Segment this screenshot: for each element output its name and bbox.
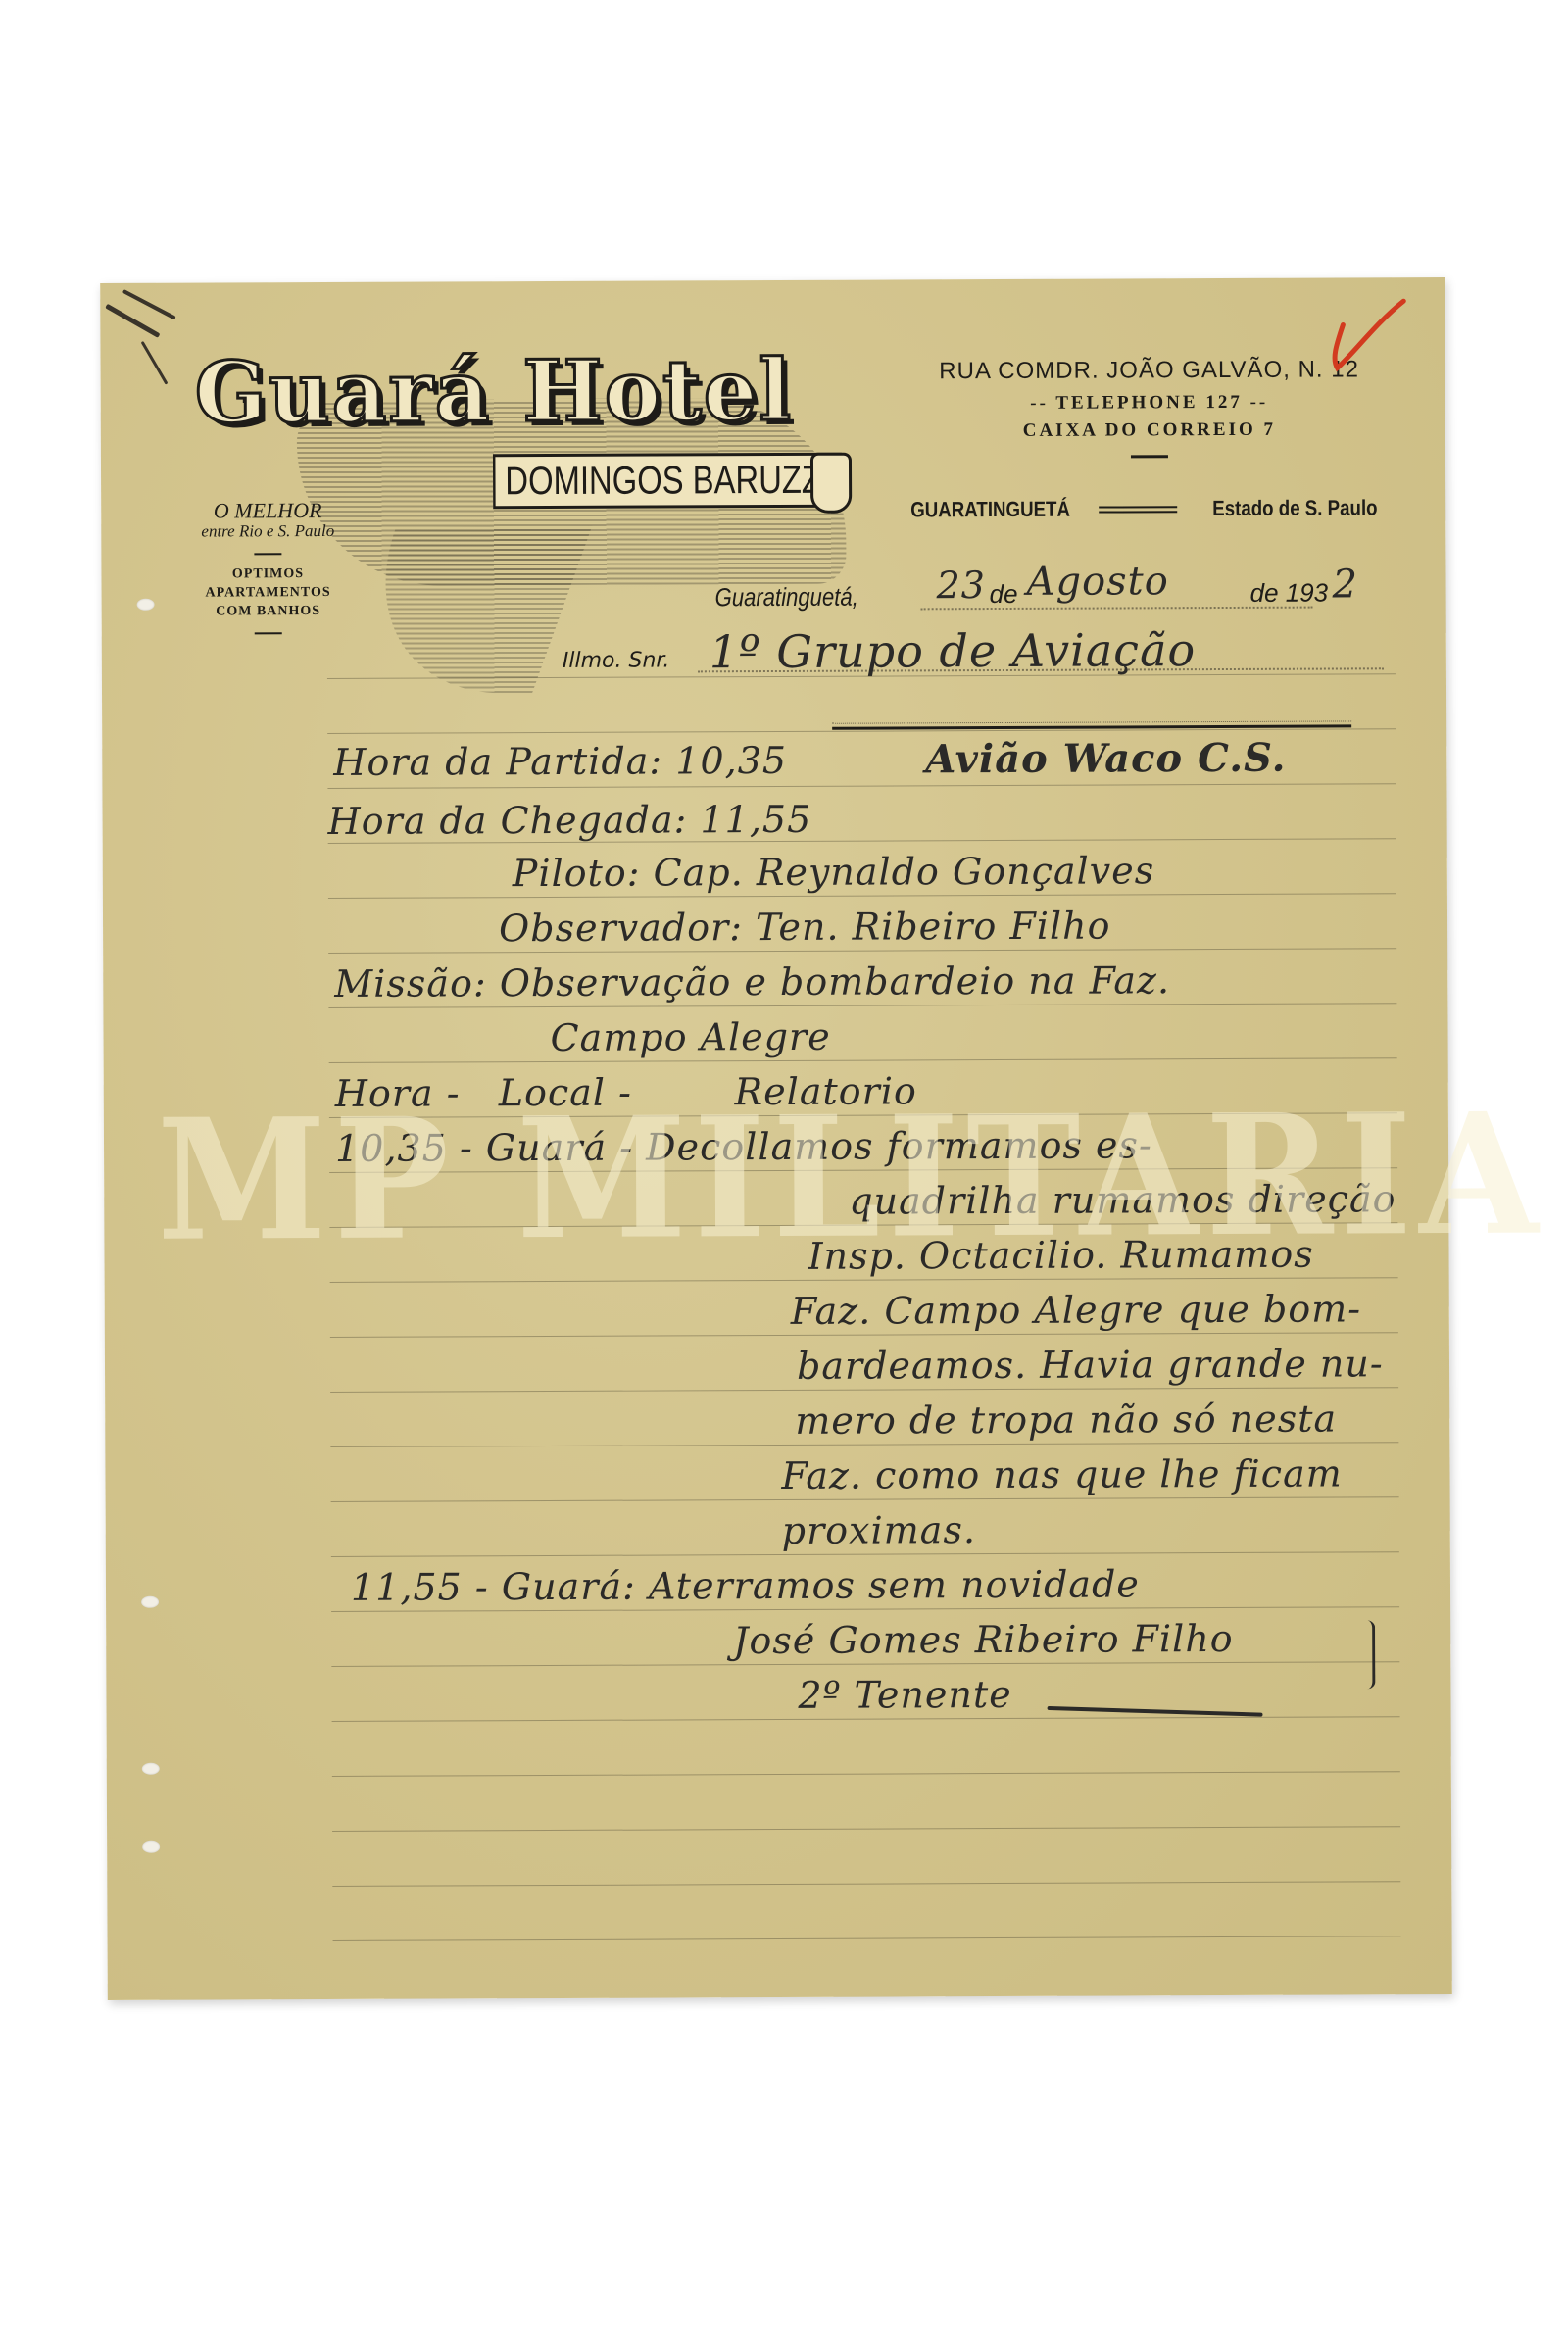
telephone: -- TELEPHONE 127 -- [885,391,1414,415]
double-rule [1099,506,1177,513]
ruled-line [330,1332,1398,1338]
ruled-line [332,1826,1400,1832]
ruled-line [331,1496,1399,1502]
ruled-line [327,783,1396,789]
watermark: MP MILITARIA [157,1077,1545,1279]
slogan-line1: O MELHOR [160,498,375,524]
report-line: Campo Alegre [550,1015,830,1059]
ruled-line [330,1442,1398,1447]
lamp-icon [810,453,852,514]
report-line: Hora da Partida: 10,35 [333,739,787,784]
report-line: bardeamos. Havia grande nu- [797,1342,1384,1388]
pen-mark [141,341,169,385]
letter-page: Guará Hotel DOMINGOS BARUZZI O MELHOR en… [100,277,1452,2000]
date-month: Agosto [1026,559,1168,605]
slogan-column: O MELHOR entre Rio e S. Paulo OPTIMOS AP… [160,498,376,635]
ornament-divider [1131,455,1168,458]
ruled-line [332,1771,1400,1777]
feature-line: APARTAMENTOS [161,583,376,603]
signature-rank: 2º Tenente [798,1673,1011,1717]
punch-hole [142,1763,160,1775]
ruled-line [333,1935,1401,1941]
report-line: Piloto: Cap. Reynaldo Gonçalves [513,849,1155,895]
ruled-line [332,1881,1400,1886]
ruled-line [331,1661,1399,1667]
dotted-rule [832,720,1351,723]
ruled-line [330,1277,1398,1283]
report-line: Missão: Observação e bombardeio na Faz. [334,958,1170,1005]
signature-bracket [1366,1620,1375,1689]
punch-hole [141,1596,159,1608]
report-line: proximas. [782,1508,976,1552]
report-line: 11,55 - Guará: Aterramos sem novidade [351,1562,1140,1609]
state-label: Estado de S. Paulo [1212,495,1377,521]
ruled-line [328,948,1396,954]
pen-mark [122,289,176,319]
divider [254,553,281,555]
ruled-line [331,1551,1399,1557]
check-mark-icon [1323,297,1421,385]
feature-line: OPTIMOS [160,564,375,584]
punch-hole [137,599,155,611]
city-label: GUARATINGUETÁ [910,497,1070,523]
addressee-label: Illmo. Snr. [563,648,670,672]
date-day: 23 [936,563,986,607]
signature-name: José Gomes Ribeiro Filho [733,1617,1234,1662]
ruled-line [332,1716,1400,1722]
ruled-line [330,1387,1398,1393]
punch-hole [142,1841,160,1853]
hotel-name-logo: Guará Hotel [194,341,793,443]
report-line: Observador: Ten. Ribeiro Filho [499,905,1111,951]
addressee-value: 1º Grupo de Aviação [710,623,1197,678]
report-line: mero de tropa não só nesta [795,1397,1337,1443]
date-de1: de [990,579,1018,610]
date-de2: de 193 [1250,578,1329,609]
date-place: Guaratinguetá, [715,582,858,613]
report-line: Hora da Chegada: 11,55 [327,798,811,843]
report-line: Faz. como nas que lhe ficam [781,1451,1342,1496]
divider [255,632,282,634]
postbox: CAIXA DO CORREIO 7 [885,418,1414,442]
proprietor-banner: DOMINGOS BARUZZI [493,453,842,510]
feature-line: COM BANHOS [161,602,376,621]
signature-flourish [1048,1706,1263,1717]
report-line: Faz. Campo Alegre que bom- [791,1287,1361,1333]
aircraft: Avião Waco C.S. [925,735,1286,783]
slogan-line2: entre Rio e S. Paulo [160,521,375,542]
date-year-digit: 2 [1332,562,1358,607]
pen-mark [105,304,160,338]
ruled-line [328,893,1396,899]
ruled-line [329,1057,1397,1063]
